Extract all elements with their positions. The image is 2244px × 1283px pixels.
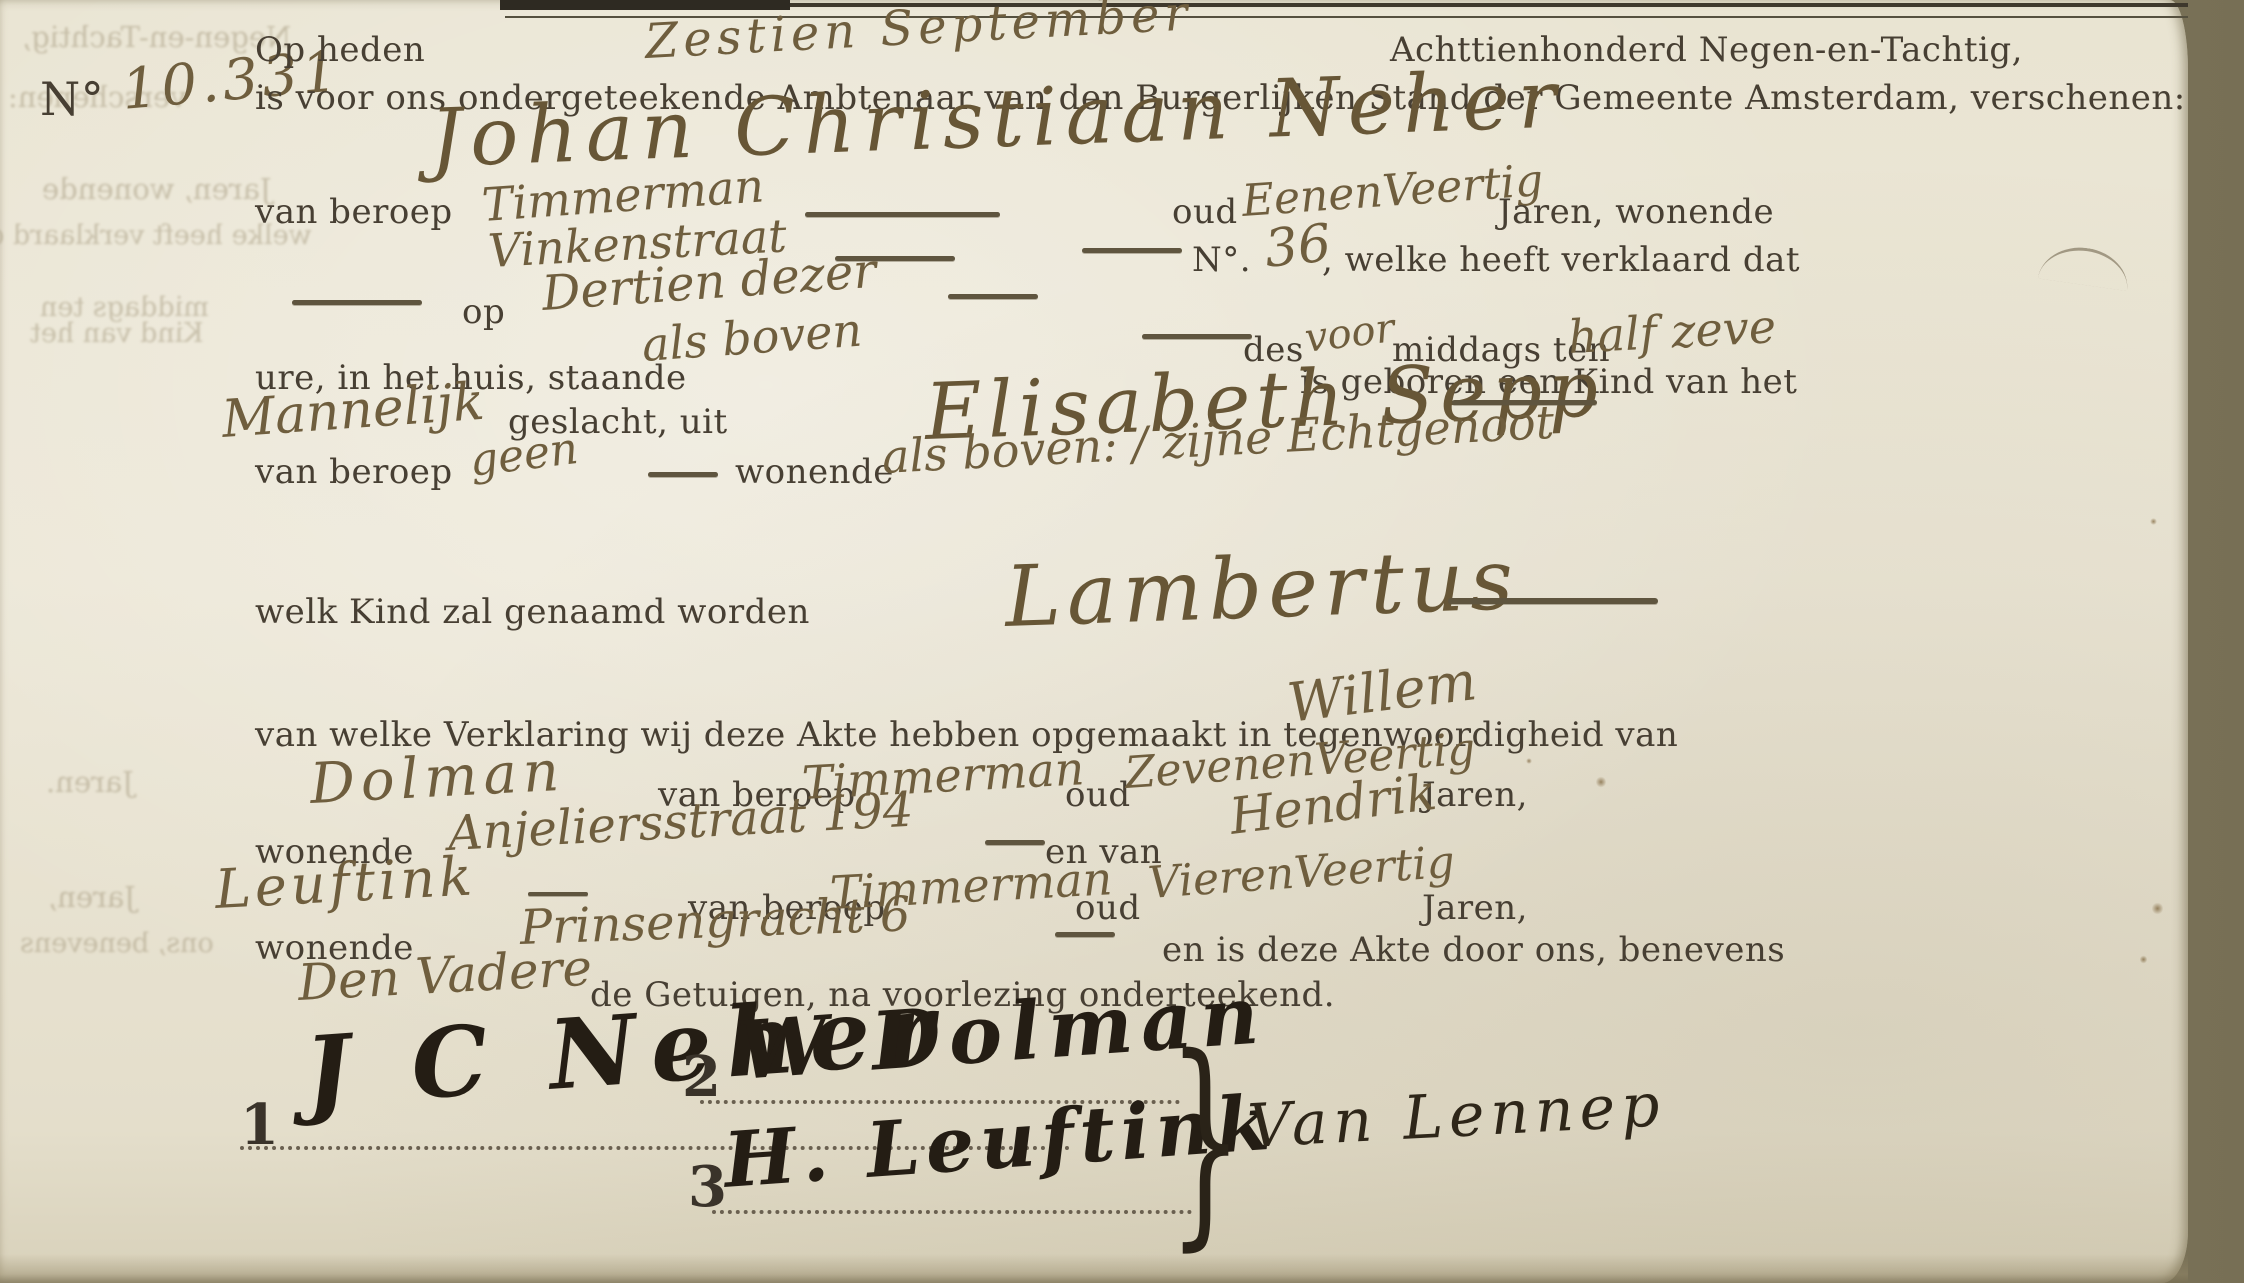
fill-dash xyxy=(1055,932,1115,937)
fill-dash xyxy=(648,472,718,477)
paper-stain xyxy=(2140,955,2147,964)
jaren-wonende-label: Jaren, wonende xyxy=(1498,192,1774,232)
signature-official: Van Lennep xyxy=(1246,1070,1667,1162)
bleedthrough-text: Jaren. xyxy=(46,765,134,799)
printed-op-heden: Op heden xyxy=(255,30,425,70)
paper-stain xyxy=(1526,758,1532,764)
pen-flourish xyxy=(2038,242,2132,291)
mother-wonende-label: wonende xyxy=(735,452,894,492)
bleedthrough-text: Jaren, wonende xyxy=(42,172,272,206)
house-no-label: N°. xyxy=(1192,240,1251,280)
bleedthrough-text: ons, benevens xyxy=(20,928,214,959)
fill-dash xyxy=(1448,598,1658,604)
signature-3-line xyxy=(712,1210,1192,1214)
witness2-lastname: Leuftink xyxy=(213,844,477,921)
fill-dash xyxy=(1082,248,1182,253)
witness2-jaren-label: Jaren, xyxy=(1422,888,1528,928)
oud-label: oud xyxy=(1172,192,1238,232)
op-label: op xyxy=(462,292,505,332)
witness1-oud-label: oud xyxy=(1065,775,1131,815)
fill-dash xyxy=(292,300,422,305)
document-scan: Negen-en-Tachtig, verschenen: Jaren, won… xyxy=(0,0,2244,1283)
mother-occupation: geen xyxy=(467,423,581,487)
paper-stain xyxy=(2152,902,2163,915)
handwritten-date: Zestien September xyxy=(644,0,1194,70)
verklaard-line: , welke heeft verklaard dat xyxy=(1322,240,1800,280)
fill-dash xyxy=(1142,334,1252,339)
witness2-oud-label: oud xyxy=(1075,888,1141,928)
fill-dash xyxy=(528,892,588,896)
page-bottom-edge xyxy=(0,1254,2188,1283)
fill-dash xyxy=(805,212,1000,217)
certificate-page: Negen-en-Tachtig, verschenen: Jaren, won… xyxy=(0,0,2188,1283)
witness2-age: VierenVeertig xyxy=(1146,837,1456,909)
paper-stain xyxy=(2150,518,2157,525)
signature-brace: } xyxy=(1168,1008,1243,1270)
child-name: Lambertus xyxy=(1003,530,1520,646)
fill-dash xyxy=(985,840,1045,845)
beroep-label: van beroep xyxy=(255,192,453,232)
paper-stain xyxy=(1596,776,1606,788)
fill-dash xyxy=(948,294,1038,299)
closing-line-1: en is deze Akte door ons, benevens xyxy=(1162,930,1785,970)
mother-beroep-label: van beroep xyxy=(255,452,453,492)
child-named-line: welk Kind zal genaamd worden xyxy=(255,592,810,632)
act-number-label: N° xyxy=(40,72,104,126)
bleedthrough-text: Kind van het xyxy=(30,318,204,349)
bleedthrough-text: Jaren, xyxy=(48,880,136,914)
